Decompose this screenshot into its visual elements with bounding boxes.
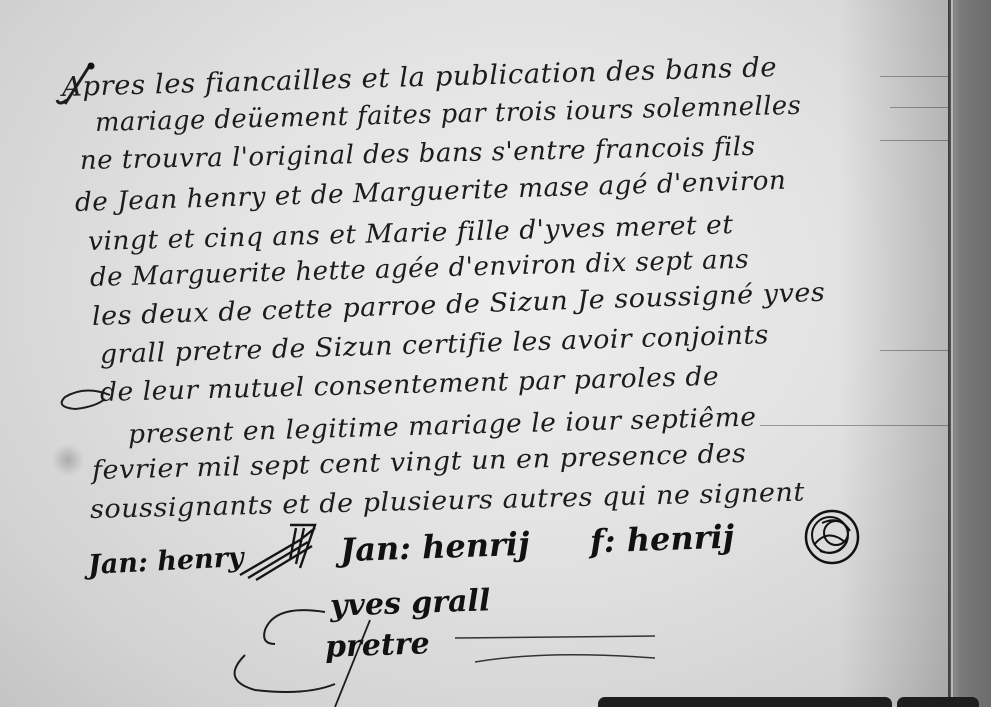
bottom-toolbar-left[interactable] bbox=[598, 697, 892, 707]
margin-rule bbox=[880, 350, 950, 351]
signature-f-henrij: f: henrij bbox=[589, 517, 734, 560]
signature-jan-henrij: Jan: henrij bbox=[339, 525, 530, 570]
margin-rule bbox=[760, 425, 950, 426]
margin-rule bbox=[880, 140, 950, 141]
round-mark-icon bbox=[800, 505, 864, 569]
manuscript-page: Apres les fiancailles et la publication … bbox=[0, 0, 953, 707]
margin-rule bbox=[880, 76, 950, 77]
flourish-left-a bbox=[55, 60, 105, 110]
page-edge bbox=[951, 0, 953, 707]
signature-scribble bbox=[230, 520, 320, 585]
flourish-left-b bbox=[55, 385, 115, 425]
bottom-toolbar-right[interactable] bbox=[897, 697, 979, 707]
book-binding-shadow bbox=[948, 0, 991, 707]
signature-jan-henry: Jan: henry bbox=[87, 542, 244, 581]
margin-rule bbox=[890, 107, 950, 108]
officiant-flourish bbox=[215, 600, 655, 707]
text-line-9: de leur mutuel consentement par paroles … bbox=[100, 362, 720, 408]
